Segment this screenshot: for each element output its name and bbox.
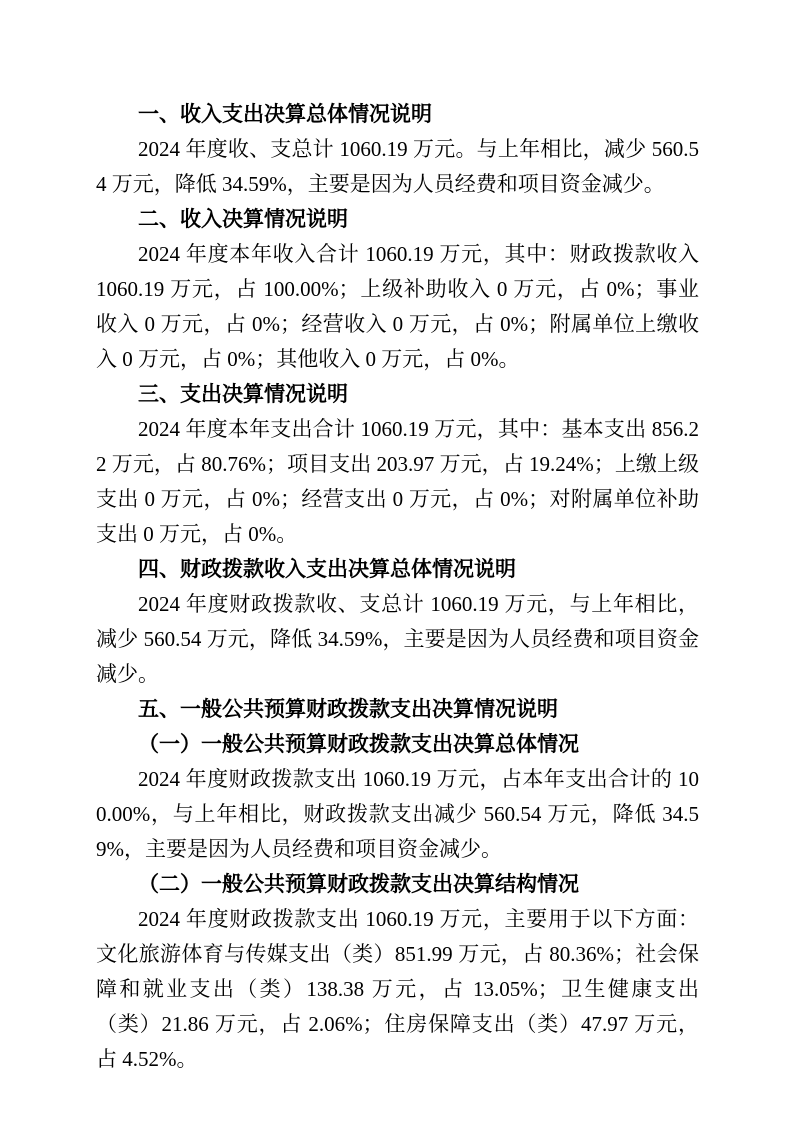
paragraph: 2024 年度本年支出合计 1060.19 万元，其中：基本支出 856.22 … (96, 412, 699, 552)
paragraph: 2024 年度收、支总计 1060.19 万元。与上年相比，减少 560.54 … (96, 132, 699, 202)
section-heading: （一）一般公共预算财政拨款支出决算总体情况 (96, 727, 699, 762)
paragraph: 2024 年度财政拨款支出 1060.19 万元，主要用于以下方面：文化旅游体育… (96, 902, 699, 1077)
paragraph: 2024 年度本年收入合计 1060.19 万元，其中：财政拨款收入 1060.… (96, 237, 699, 377)
section-heading: 四、财政拨款收入支出决算总体情况说明 (96, 552, 699, 587)
section-heading: 二、收入决算情况说明 (96, 202, 699, 237)
section-heading: 三、支出决算情况说明 (96, 377, 699, 412)
paragraph: 2024 年度财政拨款收、支总计 1060.19 万元，与上年相比，减少 560… (96, 587, 699, 692)
paragraph: 2024 年度财政拨款支出 1060.19 万元，占本年支出合计的 100.00… (96, 762, 699, 867)
section-heading: 五、一般公共预算财政拨款支出决算情况说明 (96, 692, 699, 727)
document-body: 一、收入支出决算总体情况说明2024 年度收、支总计 1060.19 万元。与上… (96, 97, 699, 1077)
section-heading: 一、收入支出决算总体情况说明 (96, 97, 699, 132)
document-page: 一、收入支出决算总体情况说明2024 年度收、支总计 1060.19 万元。与上… (0, 0, 793, 1122)
section-heading: （二）一般公共预算财政拨款支出决算结构情况 (96, 867, 699, 902)
